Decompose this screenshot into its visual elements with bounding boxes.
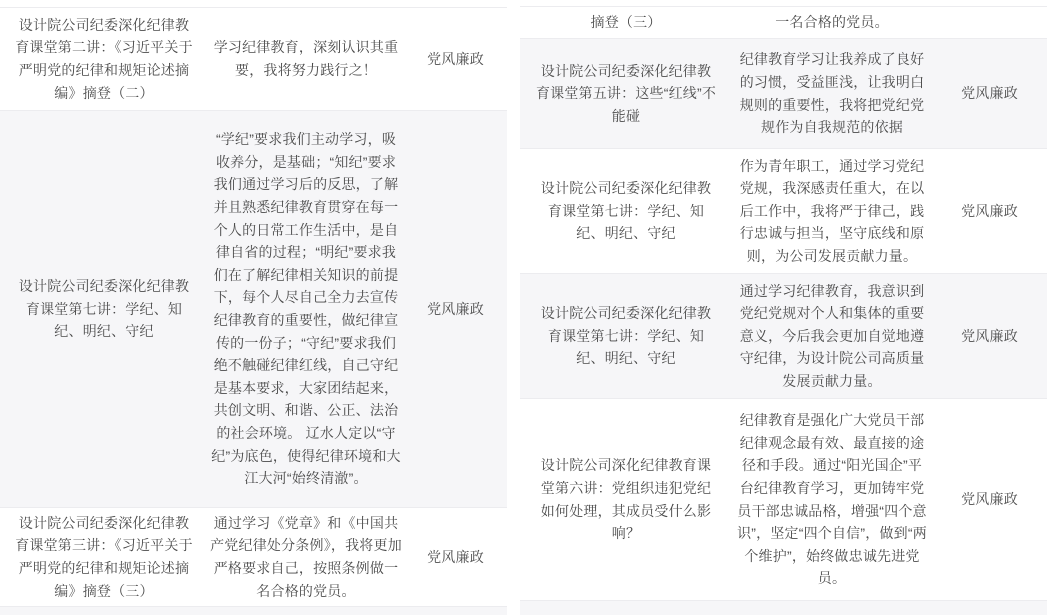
table-row: 设计院公司纪委深化纪律教育课堂第三讲：《习近平关于严明党的纪律和规矩论述摘编》摘…	[0, 507, 507, 606]
document-page-left: 设计院公司纪委深化纪律教育课堂第二讲：《习近平关于严明党的纪律和规矩论述摘编》摘…	[0, 0, 507, 615]
course-title-cell: 设计院公司纪委深化纪律教育课堂第七讲：学纪、知纪、明纪、守纪	[534, 302, 718, 370]
comment-cell: 通过学习《党章》和《中国共产党纪律处分条例》，我将更加严格要求自己，按照条例做一…	[209, 512, 403, 602]
table-row: 设计院公司纪委深化纪律教育课堂第二讲：《习近平关于严明党的纪律和规矩论述摘编》摘…	[0, 7, 507, 110]
course-title-cell: 设计院公司纪委深化纪律教育课堂第五讲：这些“红线”不能碰	[534, 60, 718, 128]
category-cell: 党风廉政	[945, 200, 1035, 223]
category-cell: 党风廉政	[945, 82, 1035, 105]
course-title-cell: 摘登（三）	[534, 11, 718, 34]
document-canvas: 设计院公司纪委深化纪律教育课堂第二讲：《习近平关于严明党的纪律和规矩论述摘编》摘…	[0, 0, 1047, 615]
table-row: 设计院公司深化纪律教育课堂第六讲：党组织违犯党纪如何处理，其成员受什么影响？ 纪…	[520, 398, 1047, 600]
comment-cell: 通过学习纪律教育，我意识到党纪党规对个人和集体的重要意义，今后我会更加自觉地遵守…	[735, 280, 929, 393]
category-cell: 党风廉政	[945, 488, 1035, 511]
course-title-cell: 设计院公司纪委深化纪律教育课堂第二讲：《习近平关于严明党的纪律和规矩论述摘编》摘…	[12, 14, 196, 104]
comment-cell: 一名合格的党员。	[735, 11, 929, 34]
table-row-partial	[520, 600, 1047, 615]
category-cell: 党风廉政	[411, 298, 501, 321]
page-top-margin	[0, 0, 507, 7]
table-row: 设计院公司纪委深化纪律教育课堂第五讲：这些“红线”不能碰 纪律教育学习让我养成了…	[520, 38, 1047, 148]
category-cell: 党风廉政	[411, 48, 501, 71]
document-page-right: 摘登（三） 一名合格的党员。 设计院公司纪委深化纪律教育课堂第五讲：这些“红线”…	[520, 0, 1047, 615]
table-row: 设计院公司纪委深化纪律教育课堂第七讲：学纪、知纪、明纪、守纪 通过学习纪律教育，…	[520, 273, 1047, 398]
comment-cell: 学习纪律教育，深刻认识其重要，我将努力践行之！	[209, 36, 403, 81]
table-row: 设计院公司纪委深化纪律教育课堂第七讲：学纪、知纪、明纪、守纪 作为青年职工，通过…	[520, 148, 1047, 273]
table-row-partial	[0, 606, 507, 615]
course-title-cell: 设计院公司纪委深化纪律教育课堂第三讲：《习近平关于严明党的纪律和规矩论述摘编》摘…	[12, 512, 196, 602]
comment-cell: 纪律教育是强化广大党员干部纪律观念最有效、最直接的途径和手段。通过“阳光国企”平…	[735, 409, 929, 590]
comment-cell: “学纪”要求我们主动学习，吸收养分，是基础；“知纪”要求我们通过学习后的反思，了…	[209, 128, 403, 490]
category-cell: 党风廉政	[411, 546, 501, 569]
course-title-cell: 设计院公司纪委深化纪律教育课堂第七讲：学纪、知纪、明纪、守纪	[12, 275, 196, 343]
course-title-cell: 设计院公司深化纪律教育课堂第六讲：党组织违犯党纪如何处理，其成员受什么影响？	[534, 454, 718, 544]
category-cell: 党风廉政	[945, 325, 1035, 348]
table-row-partial: 摘登（三） 一名合格的党员。	[520, 6, 1047, 38]
comment-cell: 作为青年职工，通过学习党纪党规，我深感责任重大，在以后工作中，我将严于律己，践行…	[735, 155, 929, 268]
course-title-cell: 设计院公司纪委深化纪律教育课堂第七讲：学纪、知纪、明纪、守纪	[534, 177, 718, 245]
comment-cell: 纪律教育学习让我养成了良好的习惯，受益匪浅，让我明白规则的重要性，我将把党纪党规…	[735, 48, 929, 138]
table-row: 设计院公司纪委深化纪律教育课堂第七讲：学纪、知纪、明纪、守纪 “学纪”要求我们主…	[0, 110, 507, 507]
